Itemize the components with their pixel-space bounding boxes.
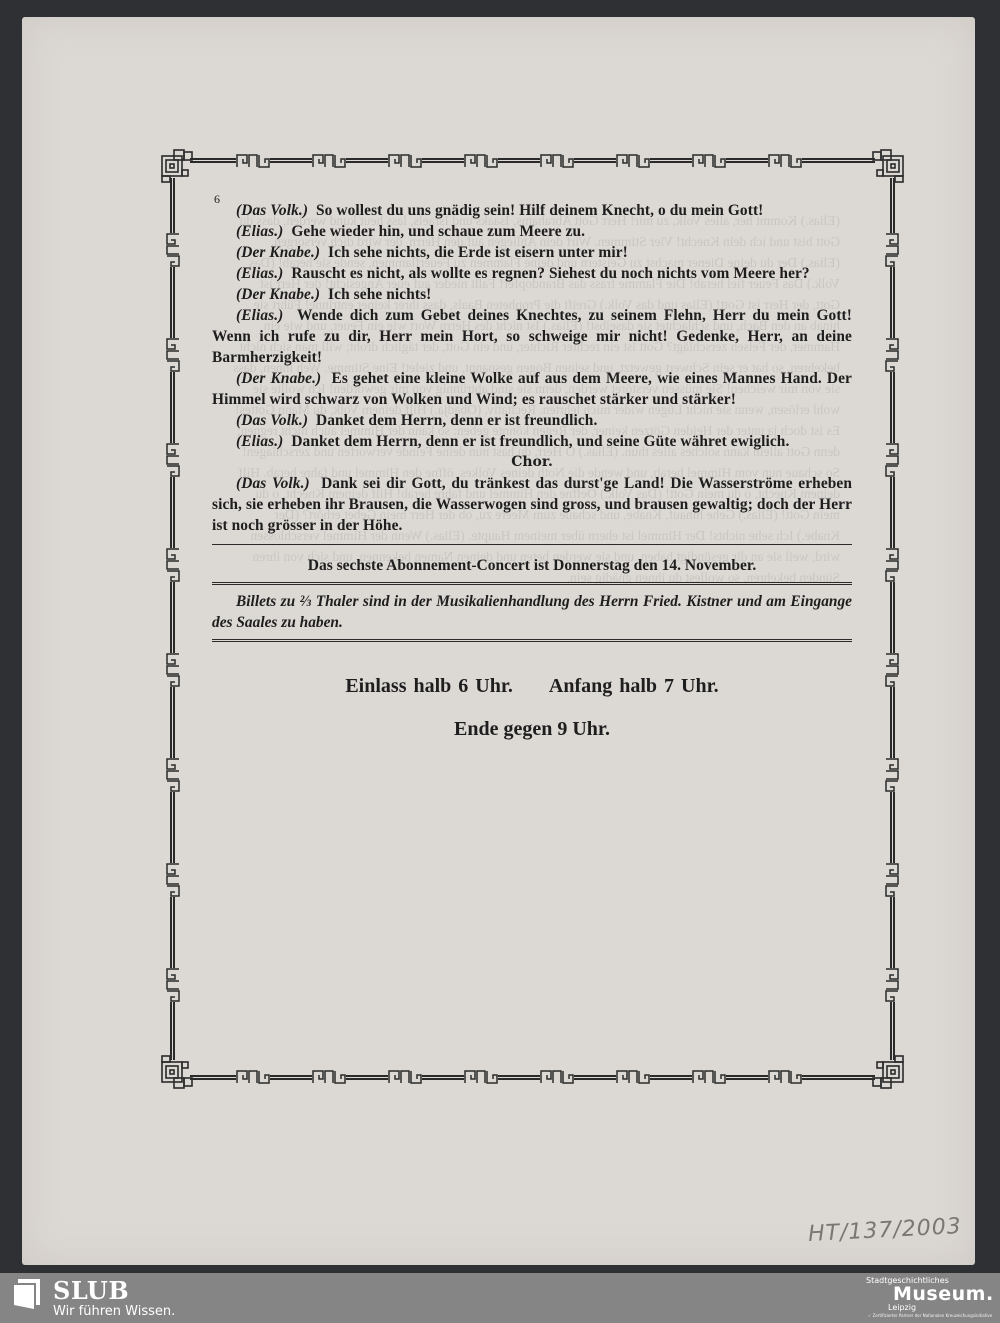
speaker-label: (Das Volk.) xyxy=(236,475,310,492)
speaker-label: (Elias.) xyxy=(236,265,283,282)
times-line: Einlass halb 6 Uhr.Anfang halb 7 Uhr. xyxy=(212,676,852,697)
section-heading-chor: Chor. xyxy=(212,452,852,473)
corner-ornament-icon xyxy=(869,1054,905,1090)
meander-ornament-icon xyxy=(882,968,902,1002)
divider-double-rule xyxy=(212,582,852,585)
speaker-label: (Elias.) xyxy=(236,433,283,450)
meander-ornament-icon xyxy=(163,863,183,897)
slub-name[interactable]: SLUB xyxy=(53,1276,129,1305)
dialogue-paragraph: (Der Knabe.) Es gehet eine kleine Wolke … xyxy=(212,368,852,410)
meander-ornament-icon xyxy=(312,151,346,171)
meander-ornament-icon xyxy=(163,233,183,267)
dialogue-text: Ich sehe nichts, die Erde ist eisern unt… xyxy=(328,244,628,261)
meander-ornament-icon xyxy=(388,151,422,171)
divider-double-rule xyxy=(212,639,852,642)
meander-ornament-icon xyxy=(882,338,902,372)
dialogue-text: Gehe wieder hin, und schaue zum Meere zu… xyxy=(291,223,585,240)
frame-line-left xyxy=(170,178,175,1060)
anfang-time: Anfang halb 7 Uhr. xyxy=(549,675,719,697)
meander-ornament-icon xyxy=(464,1067,498,1087)
speaker-label: (Der Knabe.) xyxy=(236,244,320,261)
dialogue-paragraph: (Der Knabe.) Ich sehe nichts! xyxy=(212,284,852,305)
meander-ornament-icon xyxy=(882,233,902,267)
meander-ornament-icon xyxy=(616,1067,650,1087)
meander-ornament-icon xyxy=(312,1067,346,1087)
dialogue-text: Rauscht es nicht, als wollte es regnen? … xyxy=(291,265,809,282)
meander-ornament-icon xyxy=(882,653,902,687)
meander-ornament-icon xyxy=(163,968,183,1002)
meander-ornament-icon xyxy=(768,151,802,171)
dialogue-text: Danket dem Herrn, denn er ist freundlich… xyxy=(291,433,789,450)
ende-time: Ende gegen 9 Uhr. xyxy=(212,719,852,740)
museum-city: Leipzig xyxy=(888,1303,916,1312)
slub-tagline: Wir führen Wissen. xyxy=(53,1304,175,1319)
meander-ornament-icon xyxy=(616,151,650,171)
speaker-label: (Der Knabe.) xyxy=(236,286,320,303)
einlass-time: Einlass halb 6 Uhr. xyxy=(345,675,513,697)
meander-ornament-icon xyxy=(882,548,902,582)
frame-line-right xyxy=(890,178,895,1060)
footer-bar: SLUB Wir führen Wissen. Stadtgeschichtli… xyxy=(0,1273,1000,1323)
dialogue-paragraph: (Elias.) Danket dem Herrn, denn er ist f… xyxy=(212,431,852,452)
meander-ornament-icon xyxy=(540,151,574,171)
meander-ornament-icon xyxy=(388,1067,422,1087)
concert-notice: Das sechste Abonnement-Concert ist Donne… xyxy=(212,555,852,576)
divider-rule xyxy=(212,544,852,545)
meander-ornament-icon xyxy=(882,758,902,792)
meander-ornament-icon xyxy=(163,653,183,687)
dialogue-text: Danket dem Herrn, denn er ist freundlich… xyxy=(316,412,597,429)
meander-ornament-icon xyxy=(692,151,726,171)
document-body: 6 (Das Volk.) So wollest du uns gnädig s… xyxy=(212,192,852,740)
dialogue-paragraph: (Das Volk.) Dank sei dir Gott, du tränke… xyxy=(212,473,852,536)
speaker-label: (Elias.) xyxy=(236,307,283,324)
speaker-label: (Das Volk.) xyxy=(236,412,308,429)
meander-ornament-icon xyxy=(464,151,498,171)
corner-ornament-icon xyxy=(869,148,905,184)
meander-ornament-icon xyxy=(236,1067,270,1087)
dialogue-paragraph: (Elias.) Rauscht es nicht, als wollte es… xyxy=(212,263,852,284)
dialogue-text: Wende dich zum Gebet deines Knechtes, zu… xyxy=(212,307,852,366)
corner-ornament-icon xyxy=(160,1054,196,1090)
dialogue-paragraph: (Elias.) Gehe wieder hin, und schaue zum… xyxy=(212,221,852,242)
meander-ornament-icon xyxy=(163,758,183,792)
meander-ornament-icon xyxy=(882,443,902,477)
dialogue-paragraph: (Der Knabe.) Ich sehe nichts, die Erde i… xyxy=(212,242,852,263)
museum-certification: ✓ Zertifizierter Partner der Nationalen … xyxy=(868,1313,992,1318)
speaker-label: (Der Knabe.) xyxy=(236,370,321,387)
speaker-label: (Elias.) xyxy=(236,223,283,240)
ticket-notice: Billets zu ⅔ Thaler sind in der Musikali… xyxy=(212,591,852,633)
dialogue-paragraph: (Das Volk.) Danket dem Herrn, denn er is… xyxy=(212,410,852,431)
meander-ornament-icon xyxy=(882,863,902,897)
meander-ornament-icon xyxy=(540,1067,574,1087)
slub-logo-icon[interactable] xyxy=(14,1279,40,1309)
meander-ornament-icon xyxy=(768,1067,802,1087)
meander-ornament-icon xyxy=(163,338,183,372)
museum-logo[interactable]: Museum. xyxy=(893,1283,994,1305)
dialogue-paragraph: (Das Volk.) So wollest du uns gnädig sei… xyxy=(212,200,852,221)
meander-ornament-icon xyxy=(692,1067,726,1087)
meander-ornament-icon xyxy=(236,151,270,171)
speaker-label: (Das Volk.) xyxy=(236,202,308,219)
meander-ornament-icon xyxy=(163,548,183,582)
dialogue-text: Ich sehe nichts! xyxy=(328,286,431,303)
dialogue-paragraph: (Elias.) Wende dich zum Gebet deines Kne… xyxy=(212,305,852,368)
corner-ornament-icon xyxy=(160,148,196,184)
meander-ornament-icon xyxy=(163,443,183,477)
dialogue-text: So wollest du uns gnädig sein! Hilf dein… xyxy=(316,202,763,219)
